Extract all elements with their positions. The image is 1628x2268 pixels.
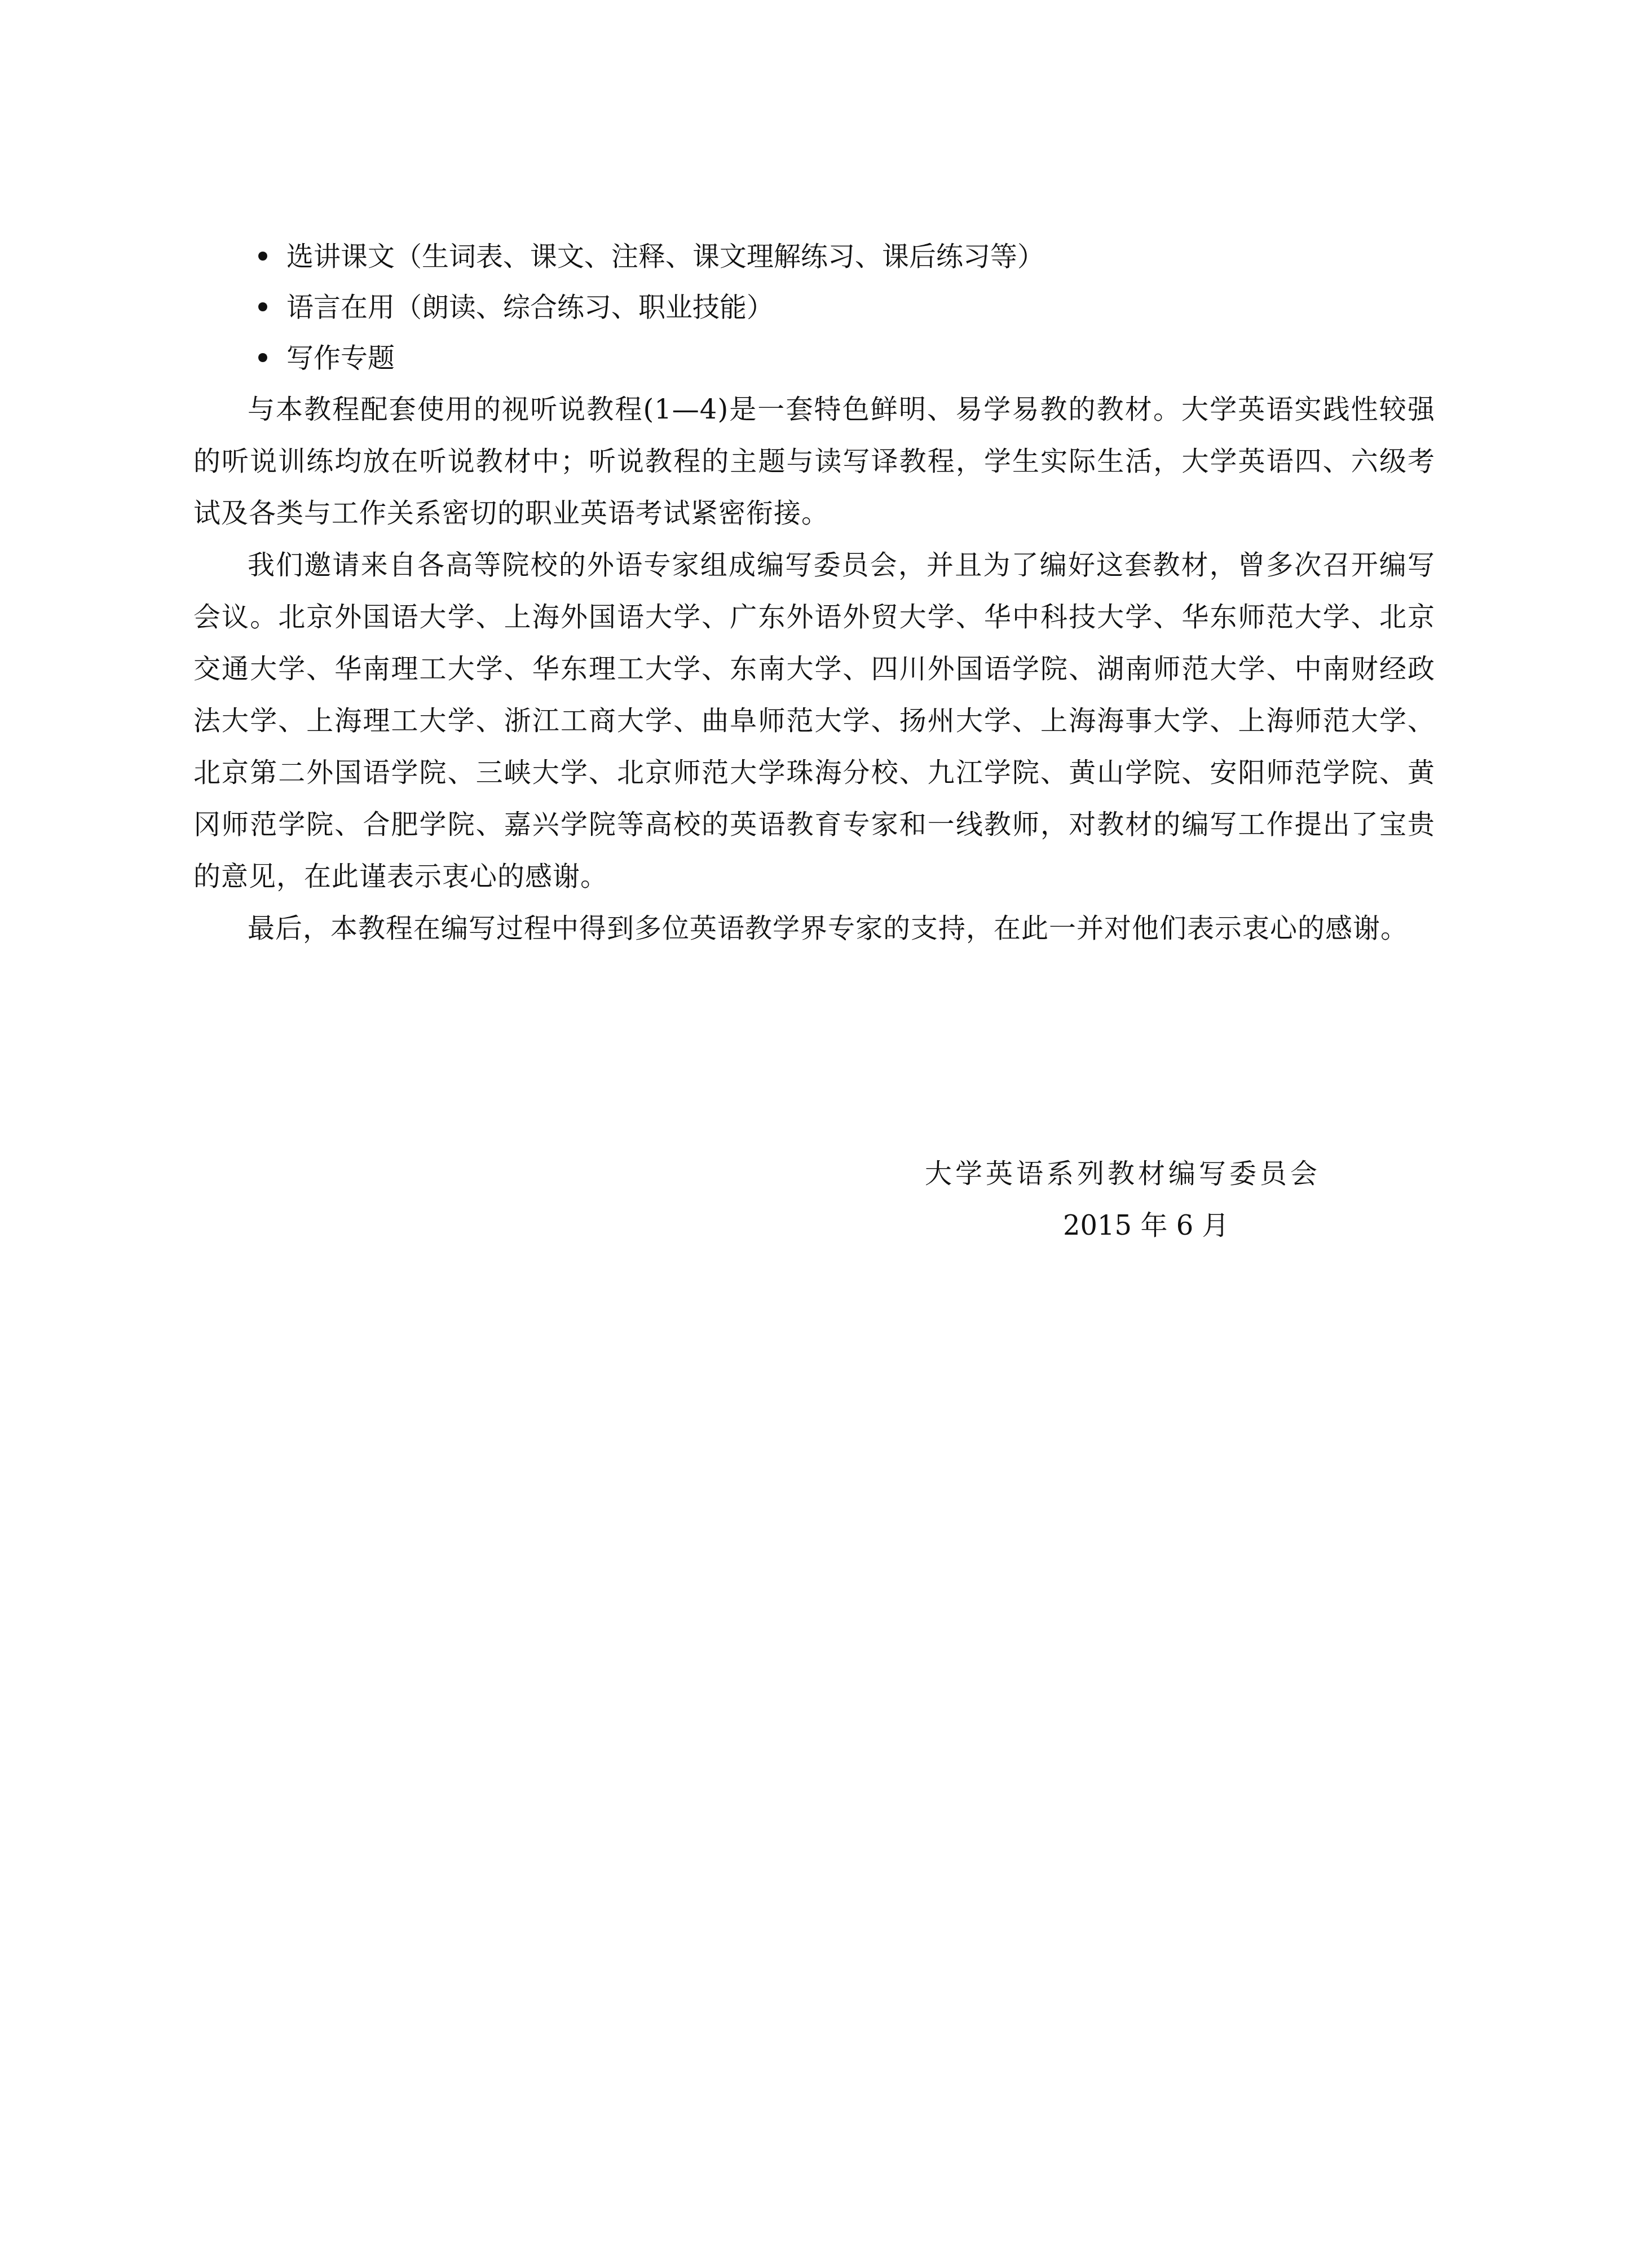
content-bullet-list: 选讲课文（生词表、课文、注释、课文理解练习、课后练习等） 语言在用（朗读、综合练… (193, 231, 1435, 384)
signature-organization: 大学英语系列教材编写委员会 (925, 1148, 1376, 1200)
bullet-text: 写作专题 (286, 342, 395, 374)
paragraph-companion-textbook: 与本教程配套使用的视听说教程(1—4)是一套特色鲜明、易学易教的教材。大学英语实… (193, 384, 1435, 539)
bullet-text: 选讲课文（生词表、课文、注释、课文理解练习、课后练习等） (286, 241, 1044, 272)
paragraph-acknowledgement-institutions: 我们邀请来自各高等院校的外语专家组成编写委员会，并且为了编好这套教材，曾多次召开… (193, 539, 1435, 902)
bullet-dot-icon (258, 353, 267, 362)
bullet-item: 选讲课文（生词表、课文、注释、课文理解练习、课后练习等） (193, 231, 1435, 282)
bullet-dot-icon (258, 302, 267, 311)
bullet-dot-icon (258, 252, 267, 261)
document-page: 选讲课文（生词表、课文、注释、课文理解练习、课后练习等） 语言在用（朗读、综合练… (193, 231, 1435, 954)
signature-date: 2015 年 6 月 (925, 1200, 1376, 1252)
paragraph-closing-thanks: 最后，本教程在编写过程中得到多位英语教学界专家的支持，在此一并对他们表示衷心的感… (193, 902, 1435, 954)
signature-block: 大学英语系列教材编写委员会 2015 年 6 月 (925, 1148, 1376, 1252)
bullet-item: 语言在用（朗读、综合练习、职业技能） (193, 282, 1435, 333)
bullet-item: 写作专题 (193, 333, 1435, 384)
bullet-text: 语言在用（朗读、综合练习、职业技能） (286, 292, 774, 323)
